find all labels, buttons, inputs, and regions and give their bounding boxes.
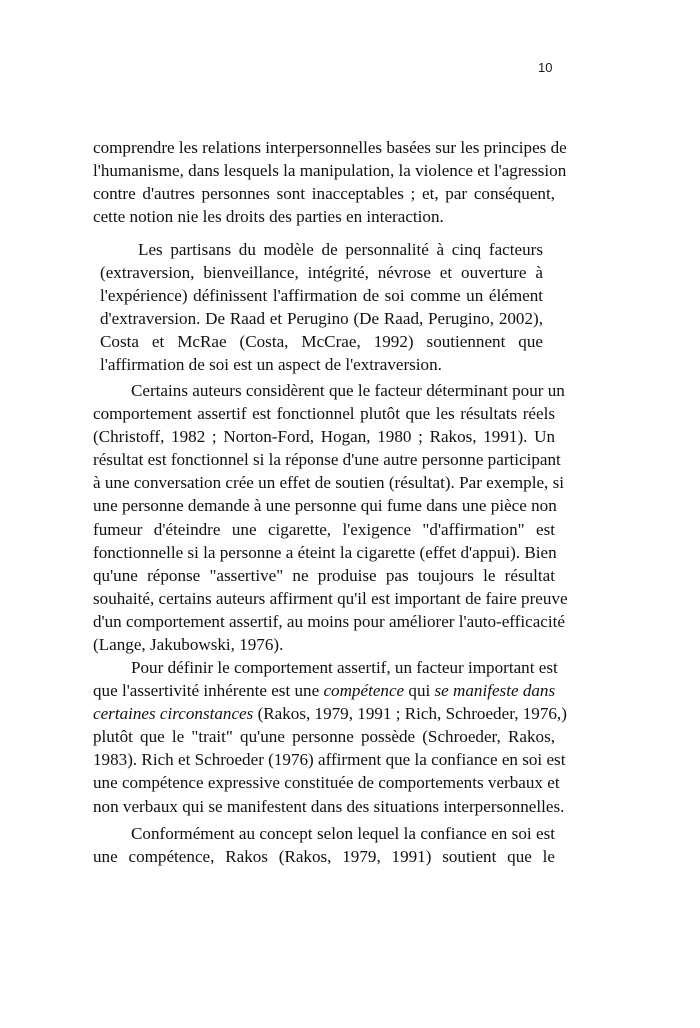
italic-term: certaines circonstances [93, 704, 253, 723]
text-line: plutôt que le "trait" qu'une personne po… [93, 725, 555, 748]
text-line: Conformément au concept selon lequel la … [93, 822, 555, 845]
text-line: souhaité, certains auteurs affirment qu'… [93, 587, 555, 610]
paragraph-3: Certains auteurs considèrent que le fact… [93, 379, 555, 656]
text-line: fonctionnelle si la personne a éteint la… [93, 541, 555, 564]
paragraph-2: Les partisans du modèle de personnalité … [100, 238, 543, 377]
text-line: contre d'autres personnes sont inaccepta… [93, 182, 555, 205]
text-line: que l'assertivité inhérente est une comp… [93, 679, 555, 702]
text-run: (Rakos, 1979, 1991 ; Rich, Schroeder, 19… [253, 704, 567, 723]
text-line: l'affirmation de soi est un aspect de l'… [100, 353, 543, 376]
text-line: résultat est fonctionnel si la réponse d… [93, 448, 555, 471]
text-line: (Lange, Jakubowski, 1976). [93, 633, 555, 656]
text-line: 1983). Rich et Schroeder (1976) affirmen… [93, 748, 555, 771]
text-line: Costa et McRae (Costa, McCrae, 1992) sou… [100, 330, 543, 353]
text-line: d'un comportement assertif, au moins pou… [93, 610, 555, 633]
italic-term: compétence [323, 681, 404, 700]
text-line: fumeur d'éteindre une cigarette, l'exige… [93, 518, 555, 541]
text-run: qui [404, 681, 434, 700]
text-run: que l'assertivité inhérente est une [93, 681, 323, 700]
text-line: d'extraversion. De Raad et Perugino (De … [100, 307, 543, 330]
text-line: Certains auteurs considèrent que le fact… [93, 379, 555, 402]
text-line: une compétence expressive constituée de … [93, 771, 555, 794]
text-line: Pour définir le comportement assertif, u… [93, 656, 555, 679]
text-line: comprendre les relations interpersonnell… [93, 136, 555, 159]
text-run: une compétence expressive constituée de … [93, 773, 560, 792]
text-line: l'humanisme, dans lesquels la manipulati… [93, 159, 555, 182]
text-run: 1983). Rich et Schroeder (1976) affirmen… [93, 750, 565, 769]
text-line: une personne demande à une personne qui … [93, 494, 555, 517]
text-run: plutôt que le "trait" qu'une personne po… [93, 727, 555, 746]
paragraph-5: Conformément au concept selon lequel la … [93, 822, 555, 868]
page-number: 10 [538, 60, 552, 75]
text-line: certaines circonstances (Rakos, 1979, 19… [93, 702, 555, 725]
text-line: (extraversion, bienveillance, intégrité,… [100, 261, 543, 284]
text-line: non verbaux qui se manifestent dans des … [93, 795, 555, 818]
italic-term: se manifeste dans [435, 681, 556, 700]
text-line: (Christoff, 1982 ; Norton-Ford, Hogan, 1… [93, 425, 555, 448]
text-line: l'expérience) définissent l'affirmation … [100, 284, 543, 307]
text-line: cette notion nie les droits des parties … [93, 205, 555, 228]
text-line: une compétence, Rakos (Rakos, 1979, 1991… [93, 845, 555, 868]
text-run: non verbaux qui se manifestent dans des … [93, 797, 564, 816]
text-line: Les partisans du modèle de personnalité … [100, 238, 543, 261]
text-line: qu'une réponse "assertive" ne produise p… [93, 564, 555, 587]
paragraph-4: Pour définir le comportement assertif, u… [93, 656, 555, 818]
text-run: Pour définir le comportement assertif, u… [131, 658, 558, 677]
text-line: comportement assertif est fonctionnel pl… [93, 402, 555, 425]
paragraph-1: comprendre les relations interpersonnell… [93, 136, 555, 228]
text-line: à une conversation crée un effet de sout… [93, 471, 555, 494]
